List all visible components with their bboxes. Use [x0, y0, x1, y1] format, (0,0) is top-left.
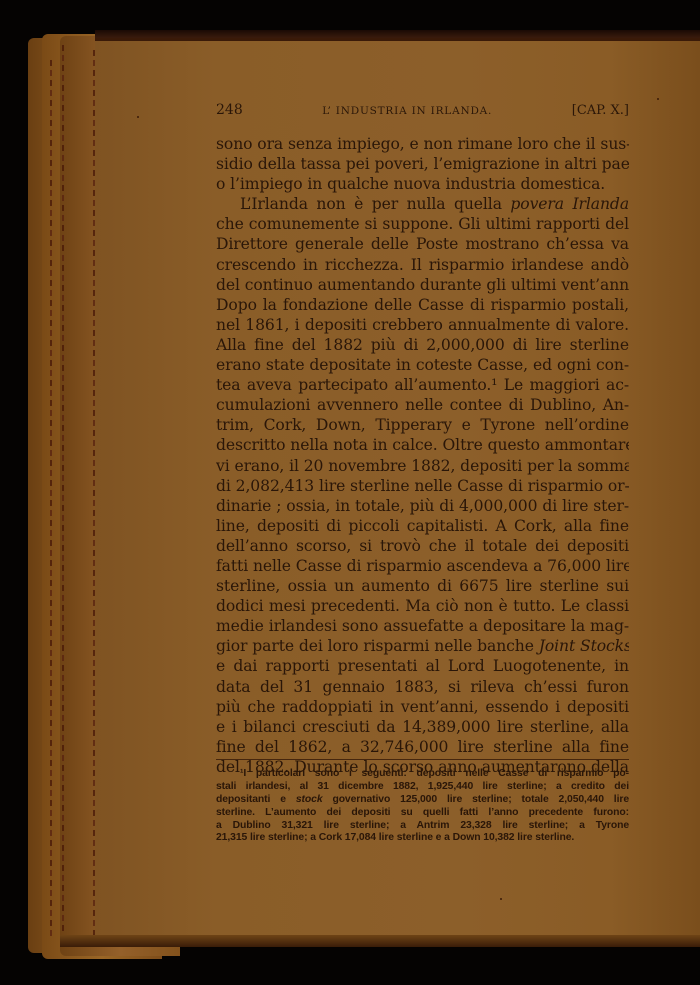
- footnote-rule: [216, 759, 629, 760]
- text-line: data del 31 gennaio 1883, si rileva ch’e…: [216, 677, 629, 697]
- text-line: o l’impiego in qualche nuova industria d…: [216, 174, 629, 194]
- text-line: line, depositi di piccoli capitalisti. A…: [216, 516, 629, 536]
- page-number: 248: [216, 102, 243, 118]
- text-line: e i bilanci cresciuti da 14,389,000 lire…: [216, 717, 629, 737]
- footnote-line: a Dublino 31,321 lire sterline; a Antrim…: [216, 820, 629, 833]
- text-line: di 2,082,413 lire sterline nelle Casse d…: [216, 476, 629, 496]
- footnote-line: ¹I particolari sono i seguenti: depositi…: [216, 768, 629, 781]
- page-edge-line: [50, 60, 52, 940]
- footnote-line: sterline. L’aumento dei depositi su quel…: [216, 807, 629, 820]
- text-line: trim, Cork, Down, Tipperary e Tyrone nel…: [216, 415, 629, 435]
- footnote-line: depositanti e stock governativo 125,000 …: [216, 794, 629, 807]
- footnote-line: 21,315 lire sterline; a Cork 17,084 lire…: [216, 832, 629, 845]
- text-line: vi erano, il 20 novembre 1882, depositi …: [216, 456, 629, 476]
- footnote: ¹I particolari sono i seguenti: depositi…: [216, 768, 629, 845]
- scanned-book-page: 248 L’ INDUSTRIA IN IRLANDA. [CAP. X.] s…: [0, 0, 700, 985]
- text-line: Alla fine del 1882 più di 2,000,000 di l…: [216, 335, 629, 355]
- paper-speck: [657, 98, 659, 100]
- text-line: nel 1861, i depositi crebbero annualment…: [216, 315, 629, 335]
- text-line: medie irlandesi sono assuefatte a deposi…: [216, 616, 629, 636]
- text-line: sidio della tassa pei poveri, l’emigrazi…: [216, 154, 629, 174]
- text-line: dodici mesi precedenti. Ma ciò non è tut…: [216, 596, 629, 616]
- running-head: 248 L’ INDUSTRIA IN IRLANDA. [CAP. X.]: [216, 102, 629, 130]
- text-line: fine del 1862, a 32,746,000 lire sterlin…: [216, 737, 629, 757]
- text-line: cumulazioni avvennero nelle contee di Du…: [216, 395, 629, 415]
- text-line: gior parte dei loro risparmi nelle banch…: [216, 636, 629, 656]
- text-line: dell’anno scorso, si trovò che il totale…: [216, 536, 629, 556]
- text-line: sono ora senza impiego, e non rimane lor…: [216, 134, 629, 154]
- text-column: 248 L’ INDUSTRIA IN IRLANDA. [CAP. X.] s…: [216, 102, 629, 777]
- footnote-line: stali irlandesi, al 31 dicembre 1882, 1,…: [216, 781, 629, 794]
- text-line: più che raddoppiati in vent’anni, essend…: [216, 697, 629, 717]
- text-line: erano state depositate in coteste Casse,…: [216, 355, 629, 375]
- text-line: fatti nelle Casse di risparmio ascendeva…: [216, 556, 629, 576]
- running-title: L’ INDUSTRIA IN IRLANDA.: [322, 105, 492, 117]
- text-line: tea aveva partecipato all’aumento.¹ Le m…: [216, 375, 629, 395]
- page-edge-line: [62, 45, 64, 945]
- text-line: sterline, ossia un aumento di 6675 lire …: [216, 576, 629, 596]
- text-line: che comunemente si suppone. Gli ultimi r…: [216, 214, 629, 234]
- text-line: L’Irlanda non è per nulla quella povera …: [216, 194, 629, 214]
- text-line: del continuo aumentando durante gli ulti…: [216, 275, 629, 295]
- text-line: crescendo in ricchezza. Il risparmio irl…: [216, 255, 629, 275]
- text-line: Dopo la fondazione delle Casse di rispar…: [216, 295, 629, 315]
- text-line: dinarie ; ossia, in totale, più di 4,000…: [216, 496, 629, 516]
- page-bottom-edge: [60, 935, 700, 947]
- paper-speck: [137, 116, 139, 118]
- text-line: Direttore generale delle Poste mostrano …: [216, 234, 629, 254]
- chapter-label: [CAP. X.]: [572, 103, 629, 118]
- paper-speck: [500, 898, 502, 900]
- text-line: descritto nella nota in calce. Oltre que…: [216, 435, 629, 455]
- text-line: e dai rapporti presentati al Lord Luogot…: [216, 656, 629, 676]
- body-paragraphs: sono ora senza impiego, e non rimane lor…: [216, 134, 629, 777]
